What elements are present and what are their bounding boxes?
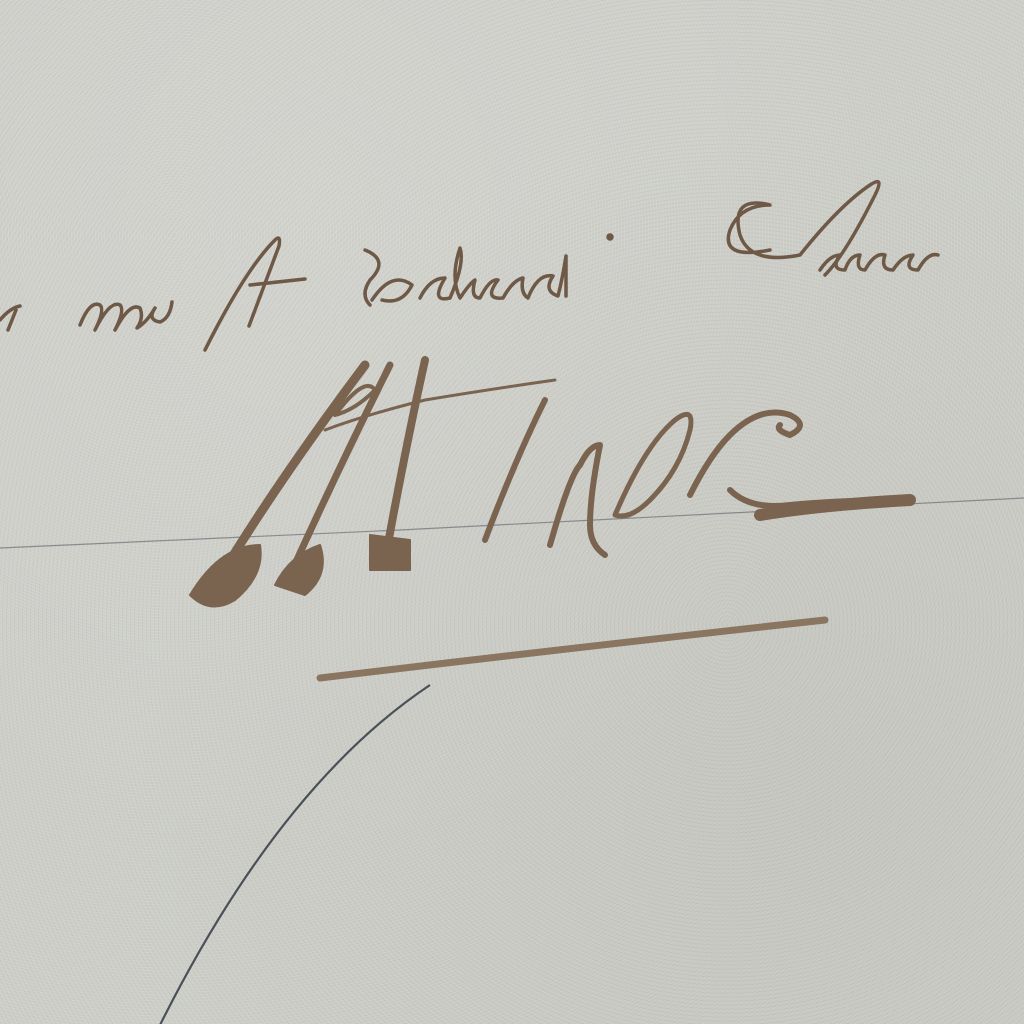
document-photo: r most obedient Servant H Knox	[0, 0, 1024, 1024]
signature-underline	[320, 620, 825, 678]
handwriting-layer	[0, 0, 1024, 1024]
signature-strokes	[190, 360, 910, 606]
closing-line-strokes	[0, 182, 938, 350]
pencil-arc	[160, 685, 430, 1024]
